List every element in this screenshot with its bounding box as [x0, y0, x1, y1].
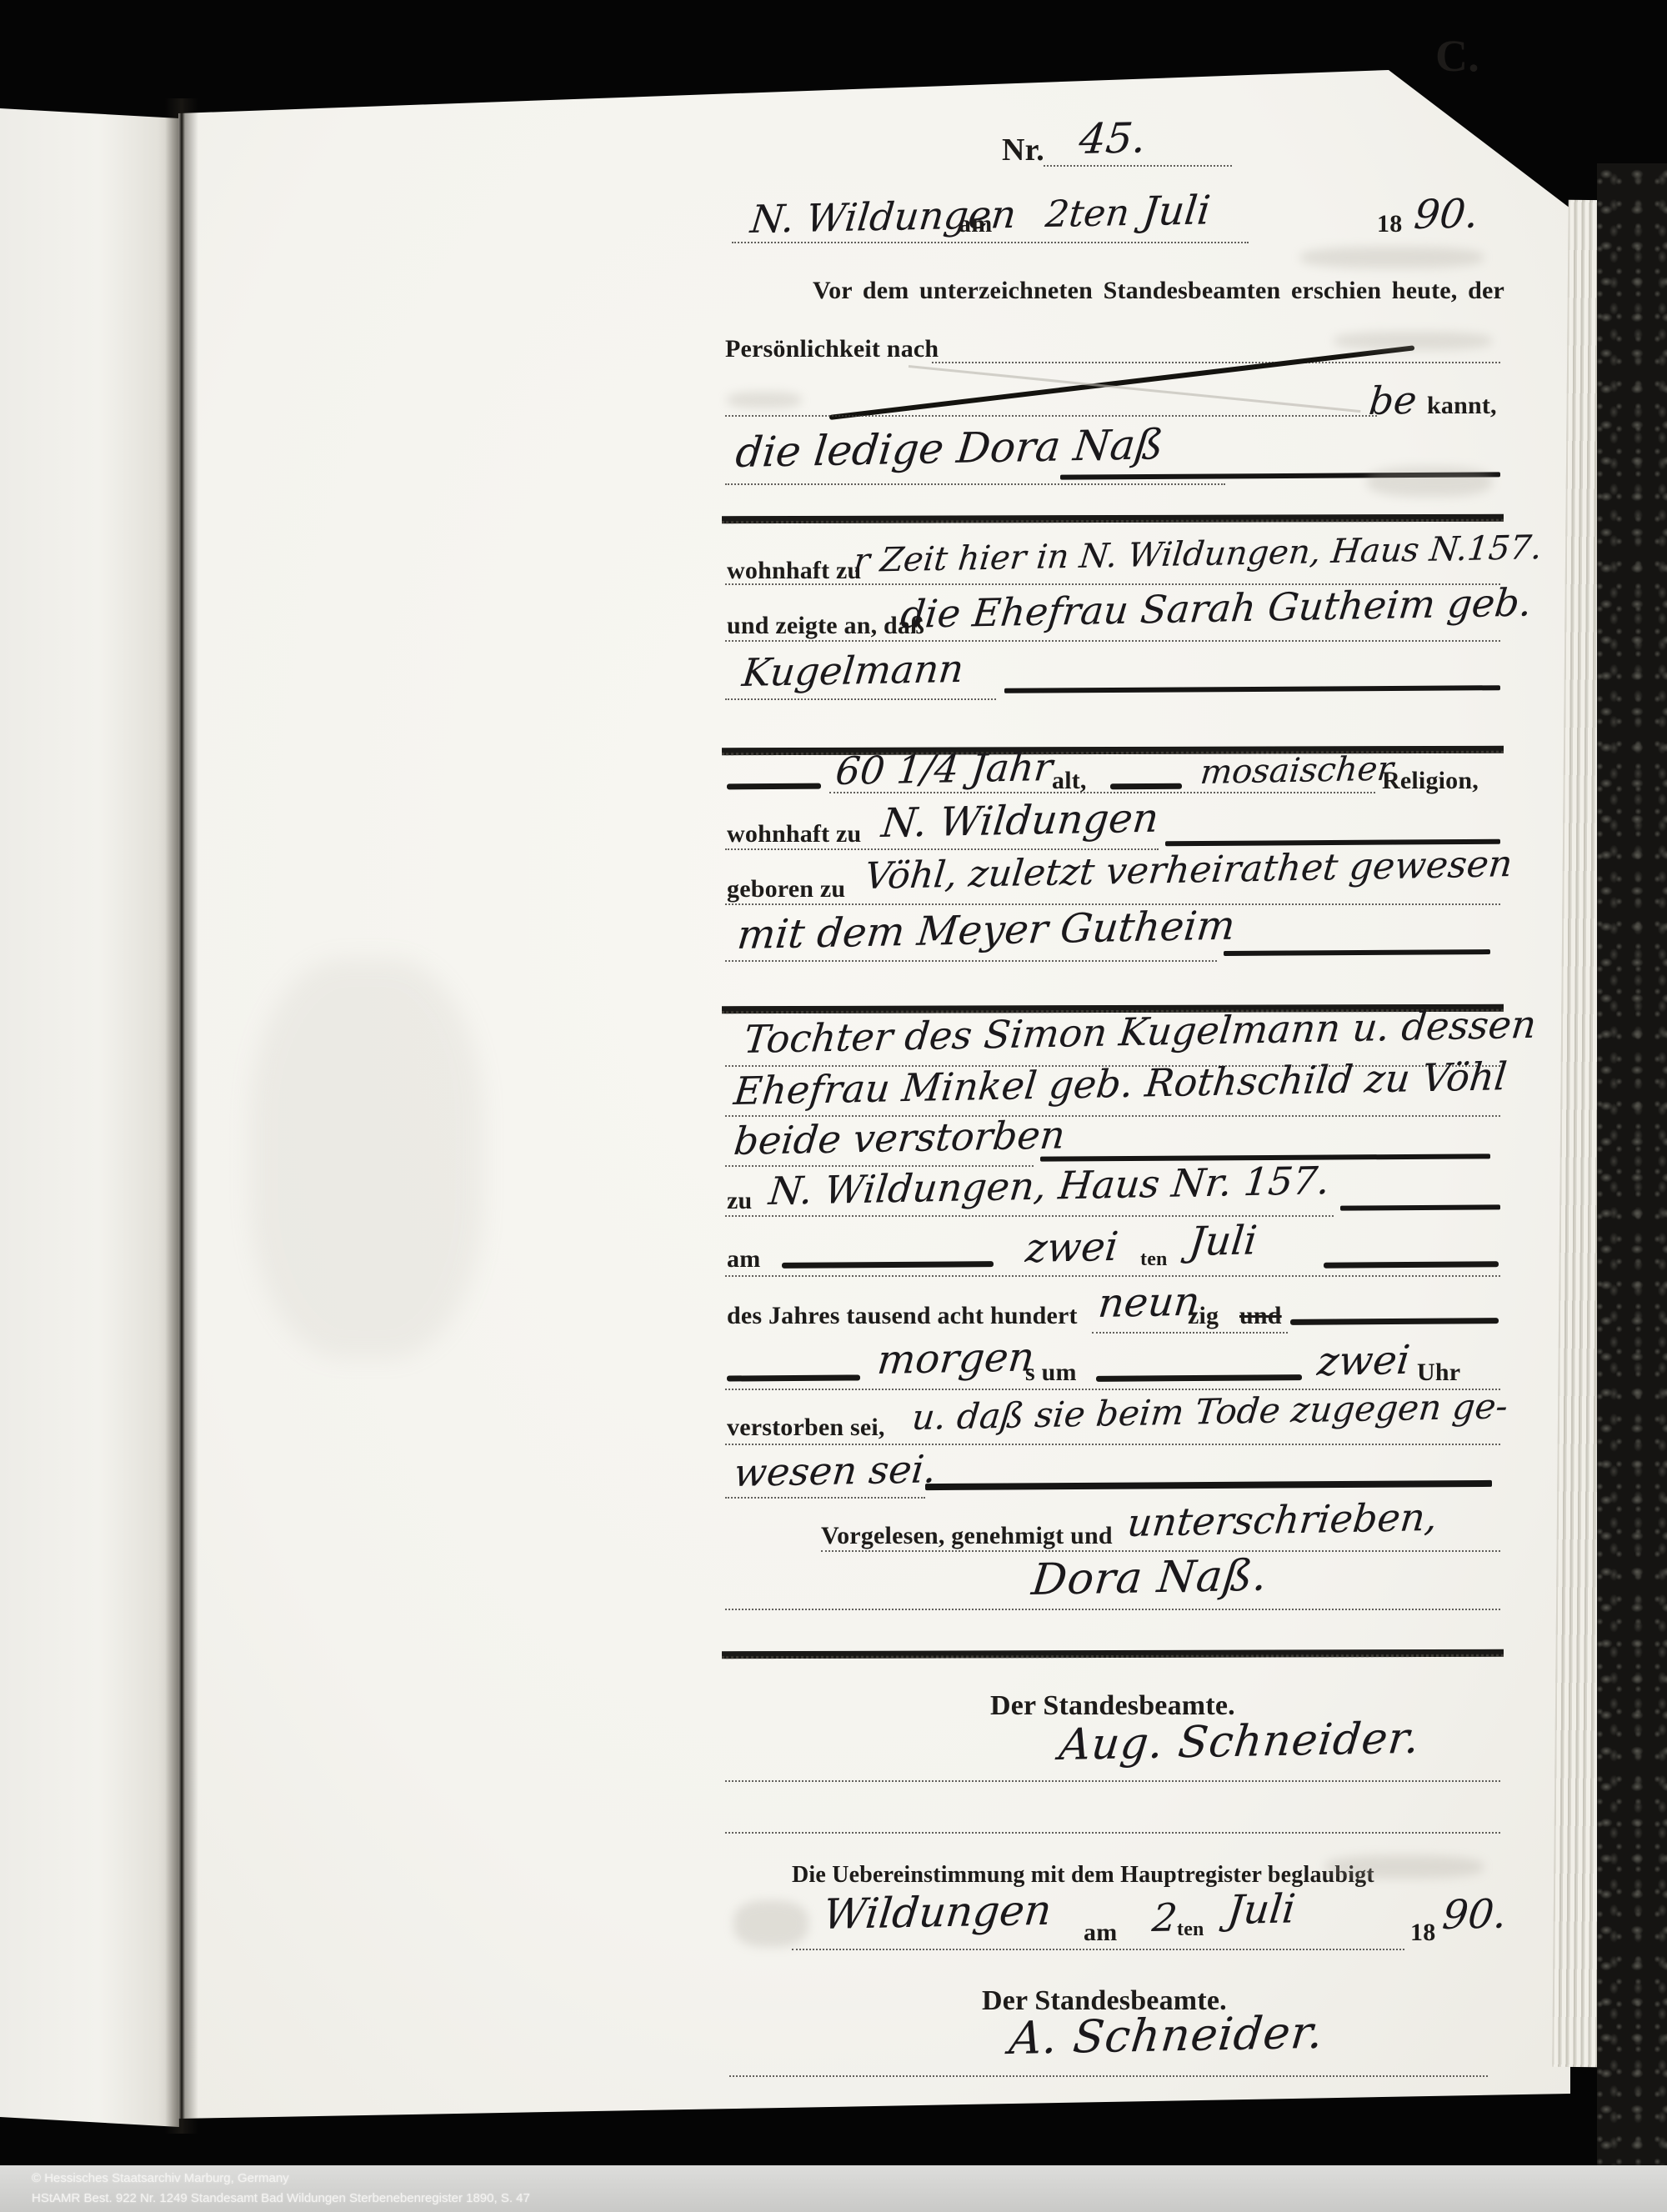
hour-handwritten: zwei [1315, 1337, 1412, 1385]
form-dotted-line [729, 2075, 1488, 2077]
declarant-name-line: die ledige Dora Naß [733, 420, 1165, 477]
document-scan: C. Nr. 45. N. Wildungen am 2ten Juli 18 … [0, 0, 1667, 2212]
died-printed: verstorben sei, [727, 1414, 885, 1442]
time-printed: s um [1025, 1359, 1077, 1387]
printed-am: am [959, 210, 992, 238]
fill-line [925, 1480, 1492, 1490]
spouse-handwritten: mit dem Meyer Gutheim [735, 903, 1237, 958]
printed-zig: zig [1188, 1302, 1219, 1330]
printed-year-prefix: 18 [1377, 210, 1402, 238]
form-dotted-line [725, 1780, 1500, 1782]
died-handwritten-2: wesen sei. [732, 1446, 939, 1495]
form-dotted-line [725, 415, 1377, 417]
born-handwritten: Vöhl, zuletzt verheirathet gewesen [863, 843, 1514, 898]
announce-printed: und zeigte an, daß [727, 612, 924, 640]
domicile-handwritten: N. Wildungen [879, 795, 1161, 847]
form-dotted-line [829, 792, 1375, 793]
blank-dash [1110, 783, 1182, 790]
certification-year-prefix: 18 [1410, 1919, 1435, 1947]
known-handwritten-prefix: be [1367, 378, 1419, 423]
blank-dash [727, 783, 821, 790]
parents-line-2: Ehefrau Minkel geb. Rothschild zu Vöhl [732, 1053, 1509, 1114]
registrar-signature-2: A. Schneider. [1007, 2006, 1326, 2064]
religion-value: mosaischer [1199, 750, 1395, 792]
form-dotted-line [1092, 1332, 1288, 1334]
section-rule [722, 514, 1504, 523]
born-printed: geboren zu [727, 875, 845, 903]
corner-letter: C. [1435, 30, 1479, 82]
certification-day: 2 [1150, 1894, 1179, 1940]
section-rule [722, 1649, 1504, 1659]
form-dotted-line [725, 1275, 1500, 1277]
form-dotted-line [725, 1444, 1500, 1445]
printed-ten-suffix: ten [1140, 1249, 1168, 1271]
form-dotted-line [725, 1215, 1334, 1217]
time-of-day-handwritten: morgen [875, 1334, 1037, 1384]
fill-line [1340, 1204, 1500, 1210]
death-place-handwritten: N. Wildungen, Haus Nr. 157. [767, 1158, 1332, 1214]
closing-printed: Vorgelesen, genehmigt und [821, 1522, 1113, 1550]
report-month: Juli [1140, 187, 1213, 235]
form-dotted-line [725, 848, 1159, 850]
archive-watermark: © Hessisches Staatsarchiv Marburg, Germa… [0, 2165, 1667, 2212]
form-dotted-line [732, 242, 1249, 243]
bleed-through-mark [250, 958, 483, 1359]
domicile-printed: wohnhaft zu [727, 820, 861, 848]
form-dotted-line [792, 1949, 1404, 1950]
record-number-label: Nr. [1002, 132, 1044, 168]
form-dotted-line [725, 1497, 925, 1499]
form-dotted-line [725, 960, 1217, 962]
form-dotted-line [821, 1550, 1500, 1552]
form-dotted-line [725, 640, 1500, 642]
archive-copyright: © Hessisches Staatsarchiv Marburg, Germa… [32, 2165, 1667, 2189]
form-dotted-line [1044, 165, 1232, 167]
certification-month: Juli [1225, 1885, 1298, 1934]
blank-dash [1290, 1318, 1499, 1325]
age-value: 60 1/4 Jahr [833, 744, 1054, 793]
bleed-through-mark [1300, 247, 1484, 268]
blank-dash [727, 1374, 860, 1381]
bleed-through-mark [733, 1900, 808, 1947]
certification-place: Wildungen [821, 1886, 1054, 1939]
blank-dash [1324, 1261, 1499, 1268]
resident-handwritten: r Zeit hier in N. Wildungen, Haus N.157. [852, 528, 1544, 580]
printed-religion: Religion, [1382, 767, 1479, 795]
death-place-printed: zu [727, 1187, 752, 1215]
registrar-signature: Aug. Schneider. [1057, 1714, 1422, 1770]
printed-alt: alt, [1052, 767, 1087, 795]
blank-dash [782, 1261, 994, 1269]
archive-reference: HStAMR Best. 922 Nr. 1249 Standesamt Bad… [32, 2189, 1667, 2209]
fill-line [1224, 949, 1490, 956]
form-dotted-line [725, 698, 996, 700]
bleed-through-stroke [909, 365, 1361, 413]
bleed-through-mark [1367, 467, 1492, 497]
death-year-printed: des Jahres tausend acht hundert [727, 1302, 1078, 1330]
certification-am: am [1084, 1919, 1117, 1947]
form-content: C. Nr. 45. N. Wildungen am 2ten Juli 18 … [0, 0, 1667, 2212]
report-day: 2ten [1044, 192, 1132, 236]
parents-line-3: beide verstorben [732, 1112, 1067, 1164]
bleed-through-mark [1334, 332, 1492, 350]
bleed-through-mark [1325, 1855, 1484, 1879]
certification-year: 90. [1440, 1891, 1509, 1939]
blank-dash [1096, 1374, 1302, 1382]
fill-line [1004, 685, 1500, 693]
death-day-handwritten: zwei [1024, 1224, 1120, 1272]
known-printed: kannt, [1427, 392, 1497, 420]
form-dotted-line [725, 483, 1225, 485]
death-year-handwritten: neun [1096, 1279, 1202, 1327]
personality-label: Persönlichkeit nach [725, 335, 939, 363]
closing-handwritten: unterschrieben, [1125, 1494, 1439, 1545]
deceased-maiden-name: Kugelmann [740, 646, 966, 695]
death-am-printed: am [727, 1245, 760, 1274]
bleed-through-mark [727, 392, 802, 408]
certification-line: Die Uebereinstimmung mit dem Hauptregist… [792, 1862, 1374, 1889]
intro-line: Vor dem unterzeichneten Standesbeamten e… [813, 277, 1504, 305]
printed-und-struck: und [1239, 1302, 1282, 1330]
printed-uhr: Uhr [1417, 1359, 1460, 1387]
form-dotted-line [725, 1609, 1500, 1610]
certification-ten: ten [1177, 1919, 1204, 1941]
form-dotted-line [932, 362, 1500, 363]
report-year: 90. [1412, 191, 1480, 238]
form-dotted-line [725, 1832, 1500, 1834]
died-handwritten: u. daß sie beim Tode zugegen ge- [910, 1385, 1509, 1438]
deceased-name-handwritten: die Ehefrau Sarah Gutheim geb. [899, 580, 1534, 637]
record-number-value: 45. [1077, 113, 1149, 163]
resident-printed: wohnhaft zu [727, 557, 861, 585]
death-month-handwritten: Juli [1187, 1217, 1259, 1265]
declarant-signature: Dora Naß. [1029, 1551, 1270, 1605]
